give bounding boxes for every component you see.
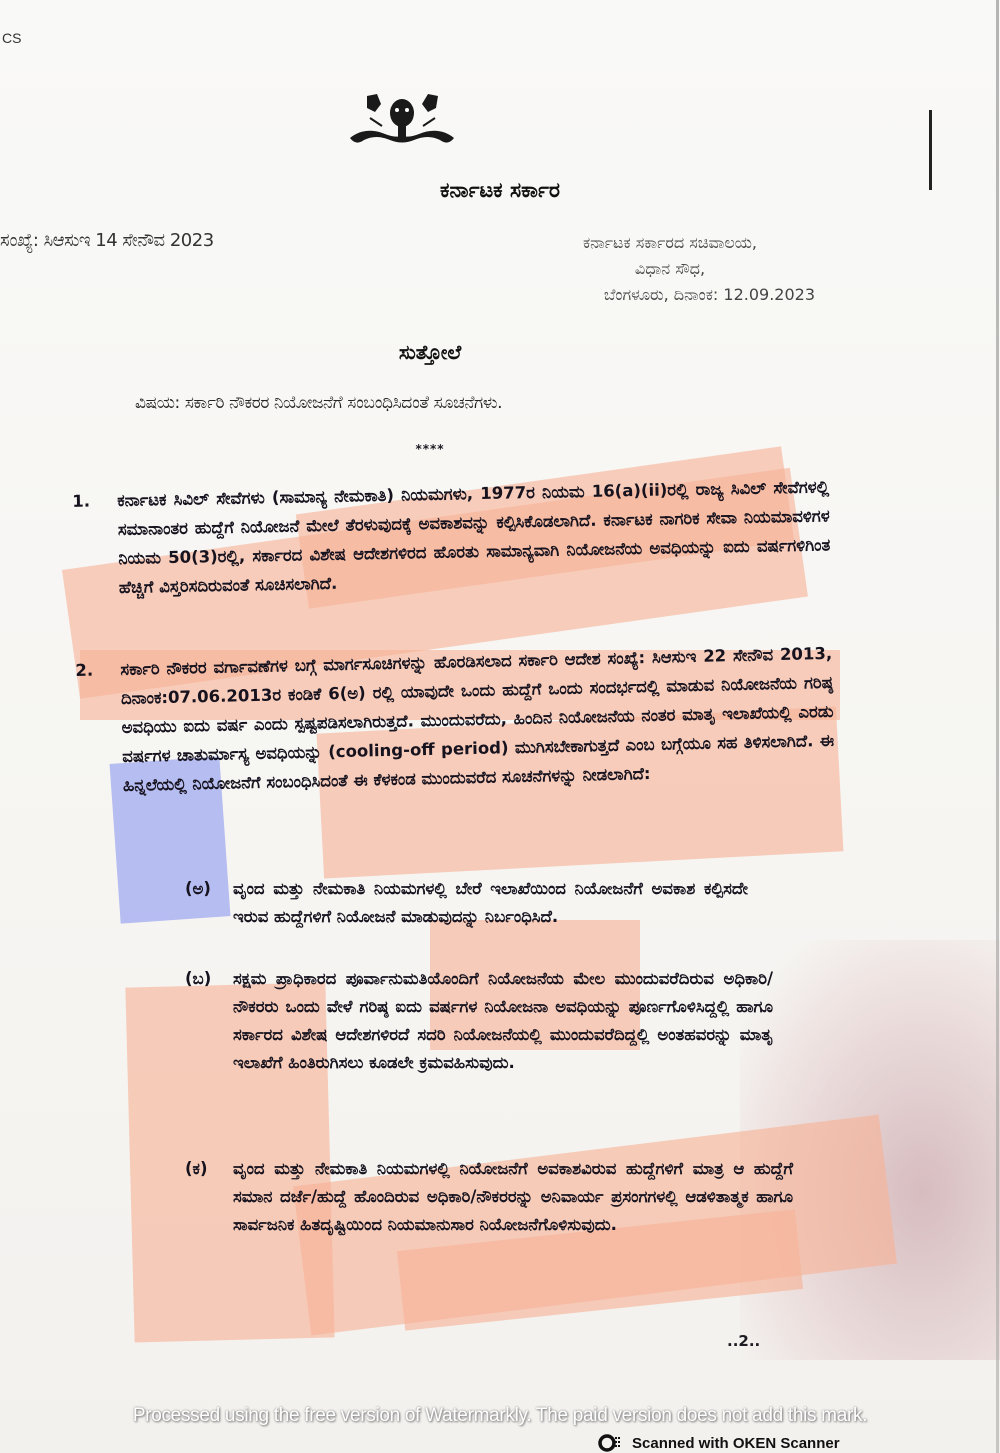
sub-item-text: ವೃಂದ ಮತ್ತು ನೇಮಕಾತಿ ನಿಯಮಗಳಲ್ಲಿ ನಿಯೋಜನೆಗೆ … (233, 1159, 793, 1234)
circular-title: ಸುತ್ತೋಲೆ (0, 340, 860, 364)
karnataka-emblem-icon (345, 88, 460, 163)
sub-item-label: (ಬ) (185, 965, 211, 993)
scanned-document-page: CS ಕರ್ನಾಟಕ ಸರ್ಕಾರ ಸಂಖ್ಯೆ: ಸಿಆಸುಇ 14 ಸೇನೌ… (0, 0, 1000, 1453)
page-edge (996, 0, 999, 1453)
reference-number: ಸಂಖ್ಯೆ: ಸಿಆಸುಇ 14 ಸೇನೌವ 2023 (0, 230, 214, 251)
paragraph-2: 2. ಸರ್ಕಾರಿ ನೌಕರರ ವರ್ಗಾವಣೆಗಳ ಬಗ್ಗೆ ಮಾರ್ಗಸ… (120, 639, 835, 800)
paragraph-text: ಕರ್ನಾಟಕ ಸಿವಿಲ್ ಸೇವೆಗಳು (ಸಾಮಾನ್ಯ ನೇಮಕಾತಿ)… (117, 477, 830, 597)
office-address: ಕರ್ನಾಟಕ ಸರ್ಕಾರದ ಸಚಿವಾಲಯ, ವಿಧಾನ ಸೌಧ, ಬೆಂಗ… (500, 230, 840, 308)
sub-item-label: (ಕ) (185, 1155, 208, 1183)
separator: **** (0, 442, 860, 456)
scanner-badge: Scanned with OKEN Scanner (598, 1434, 840, 1452)
sub-item-a: (ಅ) ವೃಂದ ಮತ್ತು ನೇಮಕಾತಿ ನಿಯಮಗಳಲ್ಲಿ ಬೇರೆ ಇ… (233, 875, 748, 931)
sub-item-text: ಸಕ್ಷಮ ಪ್ರಾಧಿಕಾರದ ಪೂರ್ವಾನುಮತಿಯೊಂದಿಗೆ ನಿಯೋ… (233, 969, 773, 1072)
paragraph-number: 2. (75, 656, 93, 685)
government-name: ಕರ್ನಾಟಕ ಸರ್ಕಾರ (0, 178, 1000, 203)
office-line: ಕರ್ನಾಟಕ ಸರ್ಕಾರದ ಸಚಿವಾಲಯ, (500, 230, 840, 256)
office-line: ವಿಧಾನ ಸೌಧ, (500, 256, 840, 282)
page-continuation: ..2.. (727, 1332, 760, 1350)
sub-item-label: (ಅ) (185, 875, 211, 903)
corner-label: CS (2, 30, 21, 46)
page-shadow (740, 940, 1000, 1360)
sub-item-b: (ಬ) ಸಕ್ಷಮ ಪ್ರಾಧಿಕಾರದ ಪೂರ್ವಾನುಮತಿಯೊಂದಿಗೆ … (233, 965, 773, 1077)
sub-item-c: (ಕ) ವೃಂದ ಮತ್ತು ನೇಮಕಾತಿ ನಿಯಮಗಳಲ್ಲಿ ನಿಯೋಜನ… (233, 1155, 793, 1239)
office-date: ಬೆಂಗಳೂರು, ದಿನಾಂಕ: 12.09.2023 (500, 282, 840, 308)
watermark-text: Processed using the free version of Wate… (0, 1405, 1000, 1427)
subject-line: ವಿಷಯ: ಸರ್ಕಾರಿ ನೌಕರರ ನಿಯೋಜನೆಗೆ ಸಂಬಂಧಿಸಿದಂ… (135, 393, 735, 413)
paragraph-text: ಸರ್ಕಾರಿ ನೌಕರರ ವರ್ಗಾವಣೆಗಳ ಬಗ್ಗೆ ಮಾರ್ಗಸೂಚಿ… (120, 644, 834, 795)
paragraph-number: 1. (72, 487, 90, 516)
paragraph-1: 1. ಕರ್ನಾಟಕ ಸಿವಿಲ್ ಸೇವೆಗಳು (ಸಾಮಾನ್ಯ ನೇಮಕಾ… (117, 472, 831, 602)
oken-scanner-logo-icon (598, 1434, 624, 1452)
sub-item-text: ವೃಂದ ಮತ್ತು ನೇಮಕಾತಿ ನಿಯಮಗಳಲ್ಲಿ ಬೇರೆ ಇಲಾಖೆ… (233, 879, 748, 926)
scanner-text: Scanned with OKEN Scanner (632, 1435, 840, 1452)
